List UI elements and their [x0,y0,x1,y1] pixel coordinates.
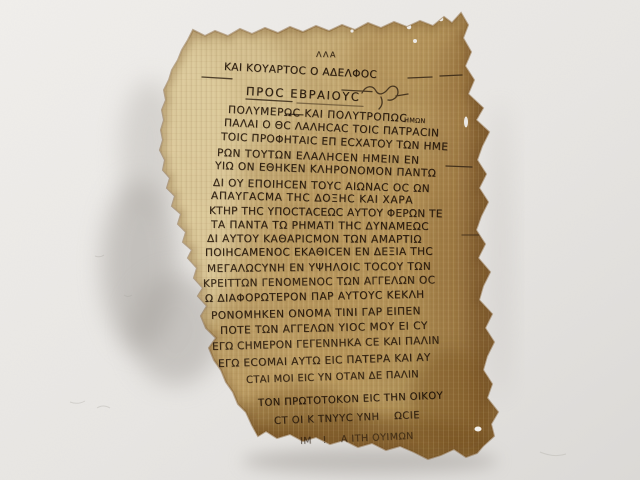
nomen-sacrum-overline [286,114,303,115]
papyrus-photo-artwork [0,0,640,480]
photo-scene: ΛΛΑΚΑΙ ΚΟΥΑΡΤΟC Ο ΑΔΕΛΦΟCΠΡΟC ΕΒΡΑΙΟΥCΗΜ… [0,0,640,480]
